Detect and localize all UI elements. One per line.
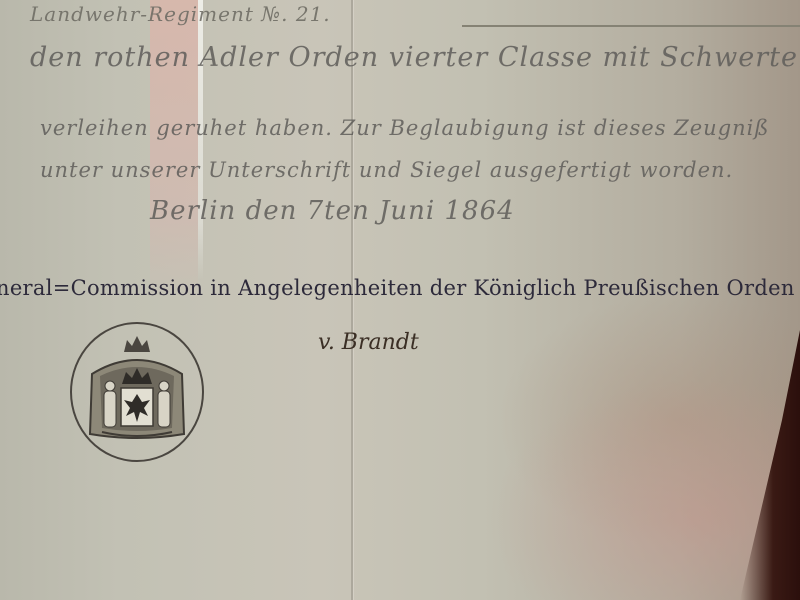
coat-of-arms-seal xyxy=(70,322,204,462)
paper-fold-line xyxy=(351,0,353,600)
printed-commission-heading: neral=Commission in Angelegenheiten der … xyxy=(0,276,795,300)
fill-rule xyxy=(462,25,800,27)
document-paper xyxy=(0,0,800,600)
signature: v. Brandt xyxy=(318,330,419,355)
handwritten-line-1: Landwehr-Regiment №. 21. xyxy=(30,2,331,26)
handwritten-line-3: verleihen geruhet haben. Zur Beglaubigun… xyxy=(40,116,769,140)
coat-of-arms-icon xyxy=(72,324,202,460)
place-date-line: Berlin den 7ten Juni 1864 xyxy=(150,196,515,226)
handwritten-line-2: den rothen Adler Orden vierter Classe mi… xyxy=(30,42,800,73)
handwritten-line-4: unter unserer Unterschrift und Siegel au… xyxy=(40,158,733,182)
